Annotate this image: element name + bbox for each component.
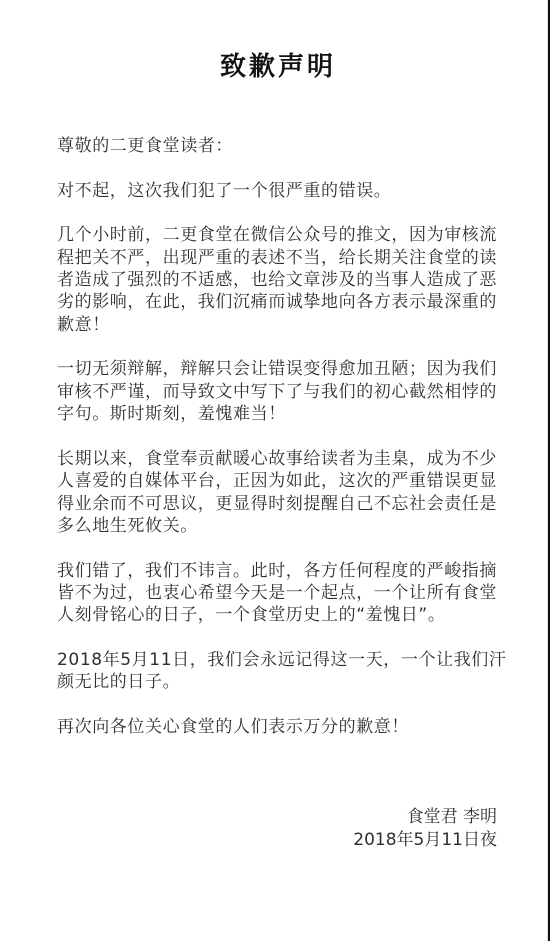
paragraph-6: 2018年5月11日，我们会永远记得这一天，一个让我们汗 颜无比的日子。 xyxy=(57,649,489,694)
paragraph-line: 程把关不严，出现严重的表述不当，给长期关注食堂的读 xyxy=(57,247,489,269)
paragraph-line: 者造成了强烈的不适感，也给文章涉及的当事人造成了恶 xyxy=(57,269,489,291)
paragraph-line: 人喜爱的自媒体平台，正因为如此，这次的严重错误更显 xyxy=(57,470,489,492)
paragraph-line: 对不起，这次我们犯了一个很严重的错误。 xyxy=(57,180,489,202)
document-body: 尊敬的二更食堂读者： 对不起，这次我们犯了一个很严重的错误。 几个小时前，二更食… xyxy=(57,135,489,761)
paragraph-line: 长期以来，食堂奉贡献暖心故事给读者为圭臬，成为不少 xyxy=(57,448,489,470)
signature-block: 食堂君 李明 2018年5月11日夜 xyxy=(353,806,497,852)
paragraph-line: 再次向各位关心食堂的人们表示万分的歉意！ xyxy=(57,716,489,738)
paragraph-line: 歉意！ xyxy=(57,314,489,336)
apology-statement-page: 致歉声明 尊敬的二更食堂读者： 对不起，这次我们犯了一个很严重的错误。 几个小时… xyxy=(0,0,550,941)
paragraph-7: 再次向各位关心食堂的人们表示万分的歉意！ xyxy=(57,716,489,738)
paragraph-line: 字句。斯时斯刻，羞愧难当！ xyxy=(57,403,489,425)
paragraph-line: 皆不为过，也衷心希望今天是一个起点，一个让所有食堂 xyxy=(57,582,489,604)
paragraph-line: 几个小时前，二更食堂在微信公众号的推文，因为审核流 xyxy=(57,224,489,246)
paragraph-line: 2018年5月11日，我们会永远记得这一天，一个让我们汗 xyxy=(57,649,489,671)
paragraph-3: 一切无须辩解，辩解只会让错误变得愈加丑陋；因为我们 审核不严谨，而导致文中写下了… xyxy=(57,358,489,425)
paragraph-4: 长期以来，食堂奉贡献暖心故事给读者为圭臬，成为不少 人喜爱的自媒体平台，正因为如… xyxy=(57,448,489,537)
document-title: 致歉声明 xyxy=(0,52,550,82)
salutation-text: 尊敬的二更食堂读者： xyxy=(57,135,489,157)
paragraph-line: 我们错了，我们不讳言。此时，各方任何程度的严峻指摘 xyxy=(57,560,489,582)
salutation: 尊敬的二更食堂读者： xyxy=(57,135,489,157)
paragraph-2: 几个小时前，二更食堂在微信公众号的推文，因为审核流 程把关不严，出现严重的表述不… xyxy=(57,224,489,336)
signature-author: 食堂君 李明 xyxy=(353,806,497,829)
paragraph-line: 劣的影响，在此，我们沉痛而诚挚地向各方表示最深重的 xyxy=(57,291,489,313)
signature-date: 2018年5月11日夜 xyxy=(353,829,497,852)
paragraph-1: 对不起，这次我们犯了一个很严重的错误。 xyxy=(57,180,489,202)
paragraph-line: 颜无比的日子。 xyxy=(57,671,489,693)
paragraph-line: 一切无须辩解，辩解只会让错误变得愈加丑陋；因为我们 xyxy=(57,358,489,380)
paragraph-line: 多么地生死攸关。 xyxy=(57,515,489,537)
paragraph-5: 我们错了，我们不讳言。此时，各方任何程度的严峻指摘 皆不为过，也衷心希望今天是一… xyxy=(57,560,489,627)
paragraph-line: 审核不严谨，而导致文中写下了与我们的初心截然相悖的 xyxy=(57,381,489,403)
paragraph-line: 人刻骨铭心的日子，一个食堂历史上的“羞愧日”。 xyxy=(57,604,489,626)
paragraph-line: 得业余而不可思议，更显得时刻提醒自己不忘社会责任是 xyxy=(57,493,489,515)
